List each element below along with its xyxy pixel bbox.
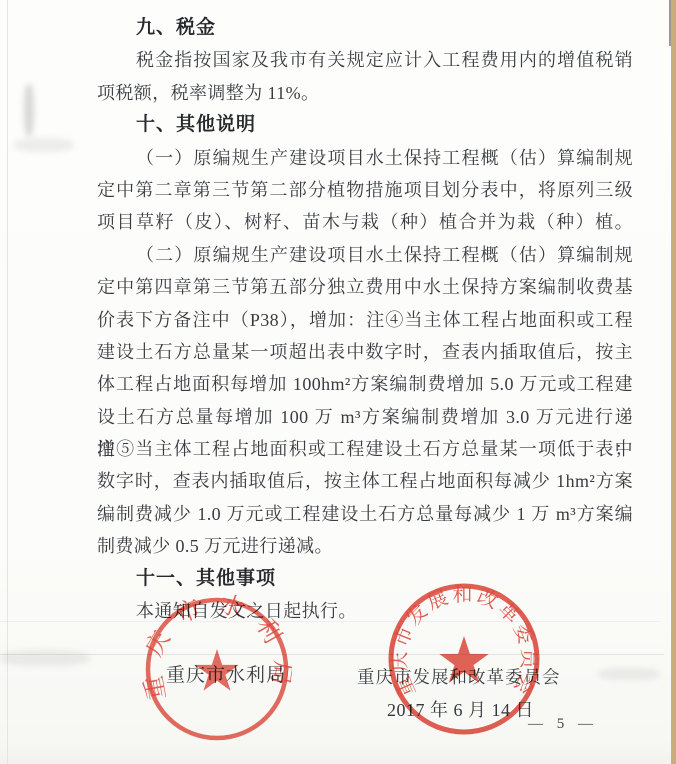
section-heading: 十、其他说明 — [97, 109, 633, 141]
section-heading: 十一、其他事项 — [97, 563, 633, 595]
text-line: 设土石方总量每增加 100 万 m³方案编制费增加 3.0 万元进行递增； — [97, 401, 633, 433]
text-line: 体工程占地面积每增加 100hm²方案编制费增加 5.0 万元或工程建 — [97, 368, 633, 400]
scan-artifact — [0, 650, 90, 666]
text-line: 定中第二章第三节第二部分植物措施项目划分表中，将原列三级 — [97, 174, 633, 206]
official-seal-water-bureau: 重庆市水利局 — [142, 594, 292, 744]
text-line: 项目草籽（皮）、树籽、苗木与栽（种）植合并为栽（种）植。 — [97, 206, 633, 238]
official-seal-development-reform-commission: 重庆市发展和改革委员会 — [385, 580, 543, 738]
text-line: （一）原编规生产建设项目水土保持工程概（估）算编制规 — [97, 142, 633, 174]
text-line: 编制费减少 1.0 万元或工程建设土石方总量每减少 1 万 m³方案编 — [97, 498, 633, 530]
scan-edge-right — [671, 0, 676, 764]
text-line: 税金指按国家及我市有关规定应计入工程费用内的增值税销 — [97, 44, 633, 76]
scan-streak — [0, 654, 664, 655]
seal-arc-text: 重庆市水利局 — [142, 594, 292, 702]
text-line: 数字时，查表内插取值后，按主体工程占地面积每减少 1hm²方案 — [97, 465, 633, 497]
text-line: 定中第四章第三节第五部分独立费用中水土保持方案编制收费基 — [97, 271, 633, 303]
scan-artifact — [598, 668, 660, 680]
scan-artifact — [14, 138, 74, 152]
text-line: （二）原编规生产建设项目水土保持工程概（估）算编制规 — [97, 239, 633, 271]
text-line: 项税额，税率调整为 11%。 — [97, 77, 633, 109]
scan-edge-dark-corner — [669, 0, 671, 46]
section-heading: 九、税金 — [97, 12, 633, 44]
text-line: 价表下方备注中（P38），增加：注④当主体工程占地面积或工程 — [97, 304, 633, 336]
star-icon — [439, 636, 488, 683]
scan-edge-left — [7, 0, 8, 764]
text-line: 制费减少 0.5 万元进行递减。 — [97, 530, 633, 562]
document-body: 九、税金税金指按国家及我市有关规定应计入工程费用内的增值税销项税额，税率调整为 … — [97, 12, 633, 627]
text-line: 注⑤当主体工程占地面积或工程建设土石方总量某一项低于表中 — [97, 433, 633, 465]
star-icon — [195, 649, 239, 691]
text-line: 建设土石方总量某一项超出表中数字时，查表内插取值后，按主 — [97, 336, 633, 368]
scan-artifact — [24, 84, 34, 136]
scanned-document-page: 九、税金税金指按国家及我市有关规定应计入工程费用内的增值税销项税额，税率调整为 … — [0, 0, 676, 764]
